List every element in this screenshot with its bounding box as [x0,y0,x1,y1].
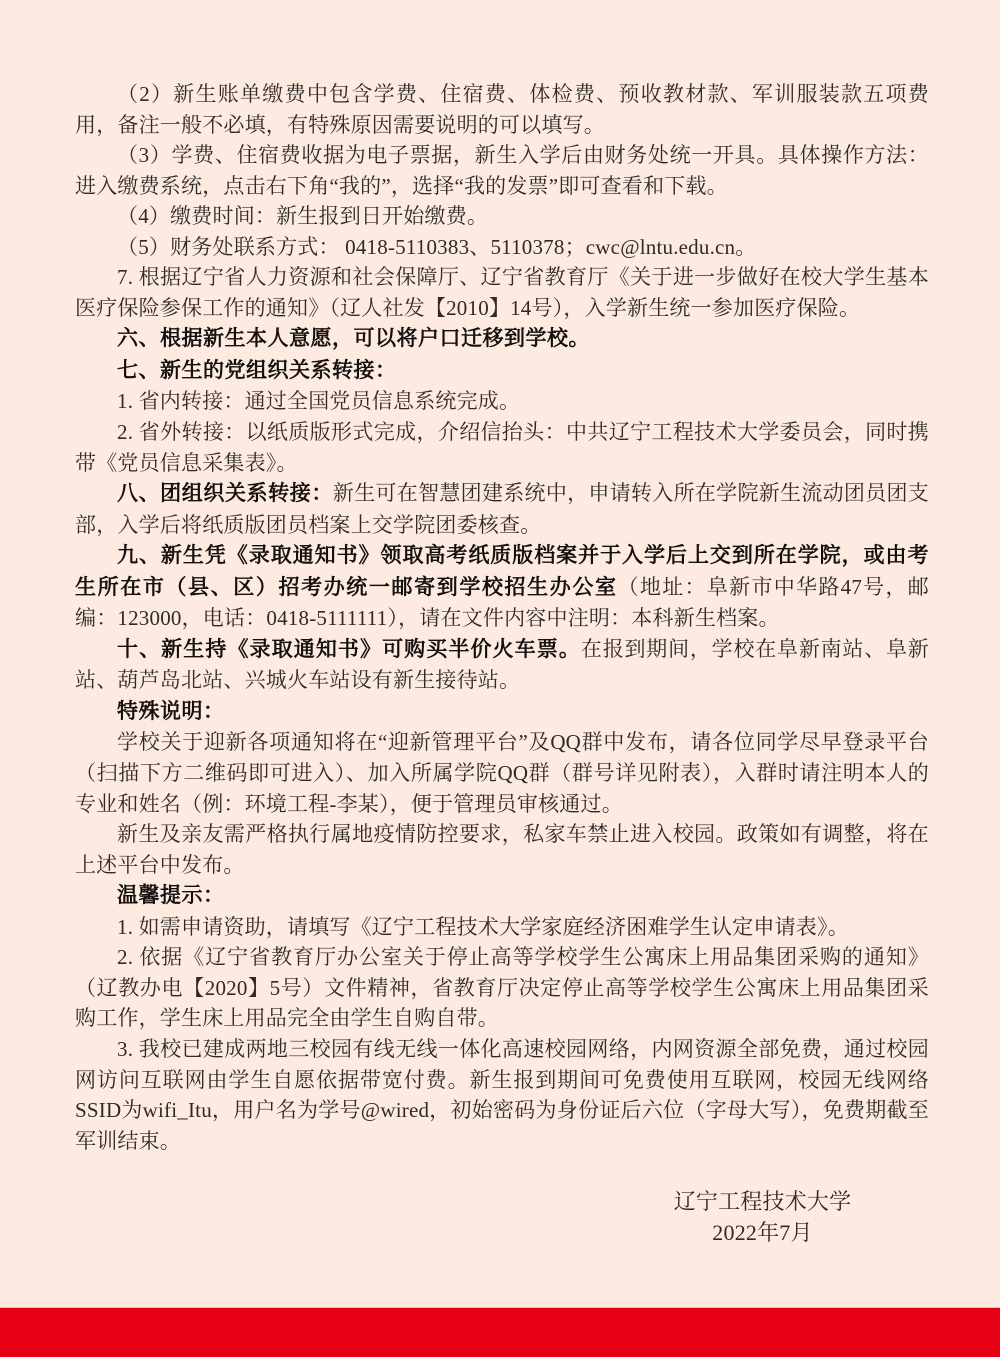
body-text: 学校关于迎新各项通知将在“迎新管理平台”及QQ群中发布，请各位同学尽早登录平台（… [75,730,929,815]
body-text: 7. 根据辽宁省人力资源和社会保障厅、辽宁省教育厅《关于进一步做好在校大学生基本… [75,265,929,320]
paragraph: （5）财务处联系方式： 0418-5110383、5110378；cwc@lnt… [75,232,929,263]
body-text: 2. 依据《辽宁省教育厅办公室关于停止高等学校学生公寓床上用品集团采购的通知》（… [75,945,929,1030]
paragraph: 温馨提示： [75,880,929,912]
document-body: （2）新生账单缴费中包含学费、住宿费、体检费、预收教材款、军训服装款五项费用，备… [75,79,929,1248]
paragraph: 3. 我校已建成两地三校园有线无线一体化高速校园网络，内网资源全部免费，通过校园… [75,1034,929,1156]
body-text: 1. 省内转接：通过全国党员信息系统完成。 [117,389,520,413]
bold-heading-text: 七、新生的党组织关系转接： [117,359,397,382]
signature-date: 2022年7月 [620,1218,905,1249]
signature-organization: 辽宁工程技术大学 [620,1187,905,1218]
paragraph: 八、团组织关系转接：新生可在智慧团建系统中，申请转入所在学院新生流动团员团支部，… [75,478,929,540]
bold-heading-text: 六、根据新生本人意愿，可以将户口迁移到学校。 [117,327,590,350]
body-text: 新生及亲友需严格执行属地疫情防控要求，私家车禁止进入校园。政策如有调整，将在上述… [75,822,929,877]
bold-heading-text: 八、团组织关系转接： [117,482,333,505]
paragraph: 特殊说明： [75,696,929,728]
paragraph: 六、根据新生本人意愿，可以将户口迁移到学校。 [75,323,929,355]
body-text: （4）缴费时间：新生报到日开始缴费。 [117,204,488,228]
body-text: （2）新生账单缴费中包含学费、住宿费、体检费、预收教材款、军训服装款五项费用，备… [75,82,929,137]
body-text: 1. 如需申请资助，请填写《辽宁工程技术大学家庭经济困难学生认定申请表》。 [117,915,849,939]
paragraph: 2. 依据《辽宁省教育厅办公室关于停止高等学校学生公寓床上用品集团采购的通知》（… [75,942,929,1034]
notice-page: （2）新生账单缴费中包含学费、住宿费、体检费、预收教材款、军训服装款五项费用，备… [0,0,1000,1357]
body-text: （3）学费、住宿费收据为电子票据，新生入学后由财务处统一开具。具体操作方法：进入… [75,143,929,198]
paragraph: 九、新生凭《录取通知书》领取高考纸质版档案并于入学后上交到所在学院，或由考生所在… [75,540,929,634]
body-text: 2. 省外转接：以纸质版形式完成，介绍信抬头：中共辽宁工程技术大学委员会，同时携… [75,420,929,475]
body-text: 3. 我校已建成两地三校园有线无线一体化高速校园网络，内网资源全部免费，通过校园… [75,1037,929,1153]
paragraph: 七、新生的党组织关系转接： [75,355,929,387]
bold-heading-text: 温馨提示： [117,884,225,907]
paragraph: 十、新生持《录取通知书》可购买半价火车票。在报到期间，学校在阜新南站、阜新站、葫… [75,634,929,696]
paragraph: 1. 如需申请资助，请填写《辽宁工程技术大学家庭经济困难学生认定申请表》。 [75,912,929,943]
paragraph: 7. 根据辽宁省人力资源和社会保障厅、辽宁省教育厅《关于进一步做好在校大学生基本… [75,262,929,323]
signature-block: 辽宁工程技术大学 2022年7月 [620,1187,905,1248]
paragraph: （3）学费、住宿费收据为电子票据，新生入学后由财务处统一开具。具体操作方法：进入… [75,140,929,201]
bold-heading-text: 特殊说明： [117,700,225,723]
paragraph: 2. 省外转接：以纸质版形式完成，介绍信抬头：中共辽宁工程技术大学委员会，同时携… [75,417,929,478]
paragraph: 1. 省内转接：通过全国党员信息系统完成。 [75,386,929,417]
paragraph: 学校关于迎新各项通知将在“迎新管理平台”及QQ群中发布，请各位同学尽早登录平台（… [75,727,929,819]
body-text: （5）财务处联系方式： 0418-5110383、5110378；cwc@lnt… [117,235,756,259]
paragraph: （4）缴费时间：新生报到日开始缴费。 [75,201,929,232]
footer-red-bar [0,1307,1000,1357]
paragraph: 新生及亲友需严格执行属地疫情防控要求，私家车禁止进入校园。政策如有调整，将在上述… [75,819,929,880]
bold-heading-text: 十、新生持《录取通知书》可购买半价火车票。 [117,638,581,661]
paragraph: （2）新生账单缴费中包含学费、住宿费、体检费、预收教材款、军训服装款五项费用，备… [75,79,929,140]
